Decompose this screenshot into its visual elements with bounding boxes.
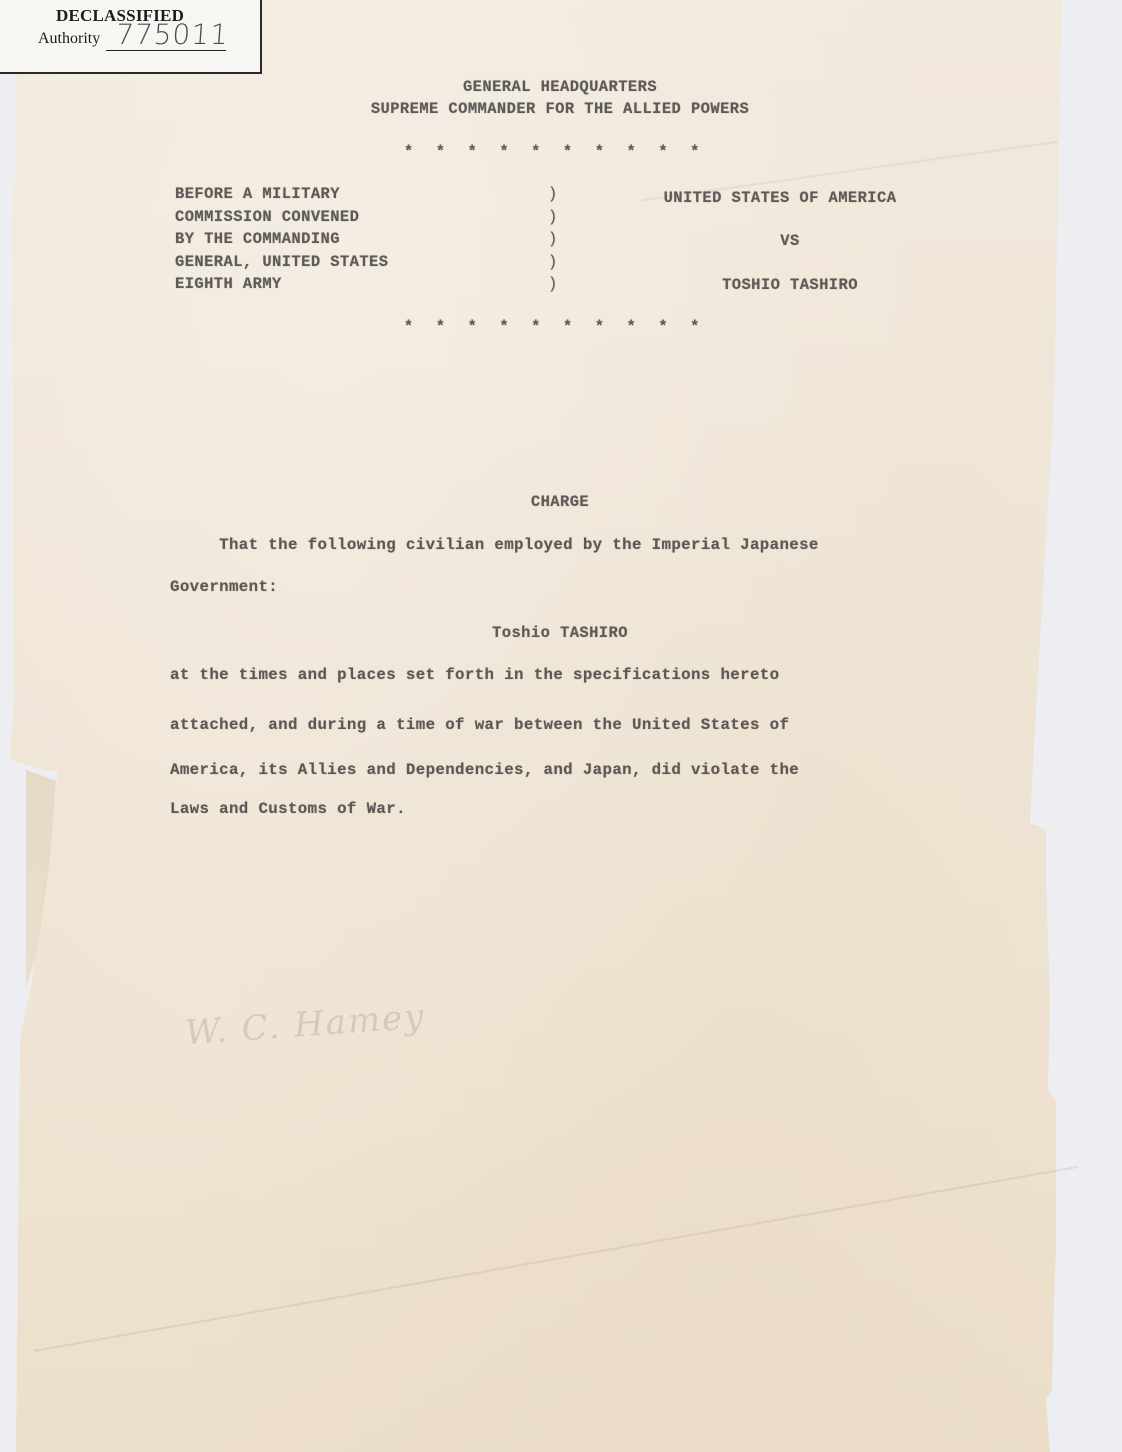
charge-heading: CHARGE — [300, 493, 820, 511]
tribunal-line: BEFORE A MILITARY — [175, 183, 475, 206]
header-line-2: SUPREME COMMANDER FOR THE ALLIED POWERS — [300, 100, 820, 118]
caption-plaintiff: UNITED STATES OF AMERICA — [600, 189, 960, 207]
charge-text-line: That the following civilian employed by … — [170, 536, 890, 554]
accused-name: Toshio TASHIRO — [300, 624, 820, 642]
charge-text-line: at the times and places set forth in the… — [170, 666, 890, 684]
header-line-1: GENERAL HEADQUARTERS — [300, 78, 820, 96]
tribunal-line: BY THE COMMANDING — [175, 228, 475, 251]
tribunal-line: GENERAL, UNITED STATES — [175, 251, 475, 274]
charge-text-line: Laws and Customs of War. — [170, 800, 890, 818]
bracket-glyph: ) — [548, 228, 560, 251]
tribunal-block: BEFORE A MILITARY COMMISSION CONVENED BY… — [175, 183, 475, 296]
separator-stars-top: * * * * * * * * * * — [300, 143, 810, 161]
caption-versus: VS — [600, 232, 980, 250]
caption-bracket: ) ) ) ) ) — [548, 183, 560, 296]
bracket-glyph: ) — [548, 251, 560, 274]
tribunal-line: EIGHTH ARMY — [175, 273, 475, 296]
stamp-authority-label: Authority — [38, 30, 100, 48]
caption-defendant: TOSHIO TASHIRO — [600, 276, 980, 294]
charge-text-line: attached, and during a time of war betwe… — [170, 716, 890, 734]
tribunal-line: COMMISSION CONVENED — [175, 206, 475, 229]
bracket-glyph: ) — [548, 206, 560, 229]
stamp-authority-value: 775011 — [115, 18, 230, 51]
bracket-glyph: ) — [548, 183, 560, 206]
separator-stars-bottom: * * * * * * * * * * — [300, 318, 810, 336]
declassified-stamp: DECLASSIFIED Authority 775011 — [0, 0, 262, 74]
charge-text-line: America, its Allies and Dependencies, an… — [170, 761, 890, 779]
charge-text-line: Government: — [170, 578, 890, 596]
bracket-glyph: ) — [548, 273, 560, 296]
